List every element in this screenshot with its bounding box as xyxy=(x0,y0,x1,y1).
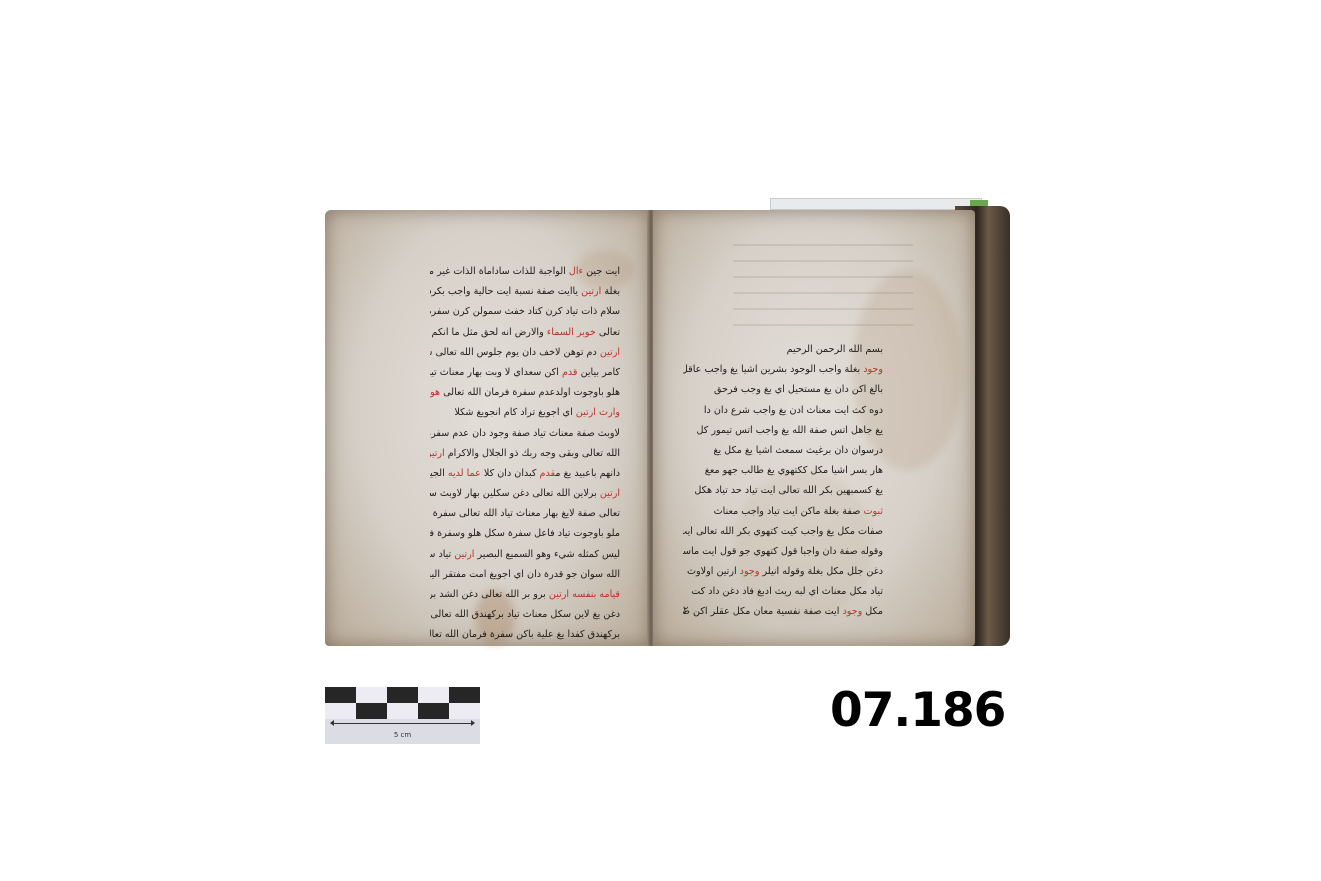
manuscript-line: الله تعالى وبقى وجه ربك ذو الجلال والاكر… xyxy=(430,444,620,464)
manuscript-line: هار بسر اشيا مكل ككتهوي يغ طالب جهو معغ xyxy=(683,461,883,481)
scale-row-bottom xyxy=(325,703,480,719)
catalog-number: 07.186 xyxy=(830,683,1005,738)
right-page: بسم الله الرحمن الرحيموجود بغلة واجب الو… xyxy=(653,210,975,646)
manuscript-line: ايت جين ءال الواجبة للذات ساداماة الذات … xyxy=(430,262,620,282)
manuscript-line: دغن جلل مكل بغلة وقوله انيلر وجود ارتين … xyxy=(683,562,883,582)
manuscript-line: دوه كث ايت معناث ادن يغ واجب شرع دان دا xyxy=(683,401,883,421)
manuscript-line: تعالى صفة لايغ بهار معناث تياد الله تعال… xyxy=(430,504,620,524)
scale-label: 5 cm xyxy=(325,731,480,739)
manuscript-line: دانهم باعبيد يغ مقدم كبدان دان كلا عما ل… xyxy=(430,464,620,484)
manuscript-line: ملو باوجوت تياد فاعل سفرة سكل هلو وسفرة … xyxy=(430,524,620,544)
manuscript-line: بالغ اكن دان يغ مستحيل اي يغ وجب فرحق xyxy=(683,380,883,400)
manuscript-line: دغن يغ لاين سكل معناث تياد بركهندق الله … xyxy=(430,605,620,625)
manuscript-line: كامر بياين قدم اكن سعداي لا وبت بهار معن… xyxy=(430,363,620,383)
right-page-text: بسم الله الرحمن الرحيموجود بغلة واجب الو… xyxy=(683,340,883,623)
scale-arrow xyxy=(331,723,474,724)
manuscript-line: ارتين دم توهن لاخف دان يوم جلوس الله تعا… xyxy=(430,343,620,363)
manuscript-line: سلام ذات تياد كرن كتاد خفث سمولن كرن سفر… xyxy=(430,302,620,322)
manuscript-line: تعالى خوبر السماء والارض انه لحق مثل ما … xyxy=(430,323,620,343)
manuscript-line: يغ جاهل اتس صفة الله يغ واجب اتس تيمور ك… xyxy=(683,421,883,441)
manuscript-line: قيامه بنفسه ارتين برو بر الله تعالى دغن … xyxy=(430,585,620,605)
manuscript-line: الله سوان جو قدرة دان اي اجويغ امت مفتقر… xyxy=(430,565,620,585)
scale-row-top xyxy=(325,687,480,703)
manuscript-line: ثبوت صفة بغلة ماكن ايت تياد واجب معناث xyxy=(683,502,883,522)
manuscript-line: ليس كمثله شيء وهو السميع البصير ارتين تي… xyxy=(430,545,620,565)
manuscript-line: لاوبث صفة معناث تياد صفة وجود دان عدم سف… xyxy=(430,424,620,444)
manuscript-line: بسم الله الرحمن الرحيم xyxy=(683,340,883,360)
manuscript-line: صفات مكل يغ واجب كيت كتهوي بكر الله تعال… xyxy=(683,522,883,542)
manuscript-line: وارث ارتين اي اجويغ تراد كام انجويغ شكلا xyxy=(430,403,620,423)
manuscript-book: ايت جين ءال الواجبة للذات ساداماة الذات … xyxy=(325,200,1010,650)
manuscript-line: وجود بغلة واجب الوجود بشرين اشيا يغ واجب… xyxy=(683,360,883,380)
manuscript-line: وقوله صفة دان واجبا قول كتهوي جو قول ايت… xyxy=(683,542,883,562)
manuscript-line: مكل وجود ايت صفة نفسية معان مكل عقلر اكن… xyxy=(683,602,883,622)
manuscript-line: تياد مكل معناث اي لبه ريث ادبغ فاد دغن د… xyxy=(683,582,883,602)
page-marker-slip xyxy=(770,198,982,210)
manuscript-line: هلو باوجوت اولدعدم سفرة فرمان الله تعالى… xyxy=(430,383,620,403)
manuscript-line: درسوان دان برغيث سمعث اشيا يغ مكل يغ xyxy=(683,441,883,461)
manuscript-line: ارتين برلاين الله تعالى دغن سكلين بهار ل… xyxy=(430,484,620,504)
left-page-text: ايت جين ءال الواجبة للذات ساداماة الذات … xyxy=(430,262,620,646)
folio-mark: ٢ xyxy=(683,605,688,616)
manuscript-line: بغلة ارتين ياايت صفة نسبة ايت حالية واجب… xyxy=(430,282,620,302)
manuscript-line: يغ كسمبهين بكر الله تعالى ايت تياد حد تي… xyxy=(683,481,883,501)
manuscript-line: بركهندق كفدا يغ علية باكن سفرة فرمان الل… xyxy=(430,625,620,645)
scale-bar: 5 cm xyxy=(325,687,480,744)
left-page: ايت جين ءال الواجبة للذات ساداماة الذات … xyxy=(325,210,650,646)
